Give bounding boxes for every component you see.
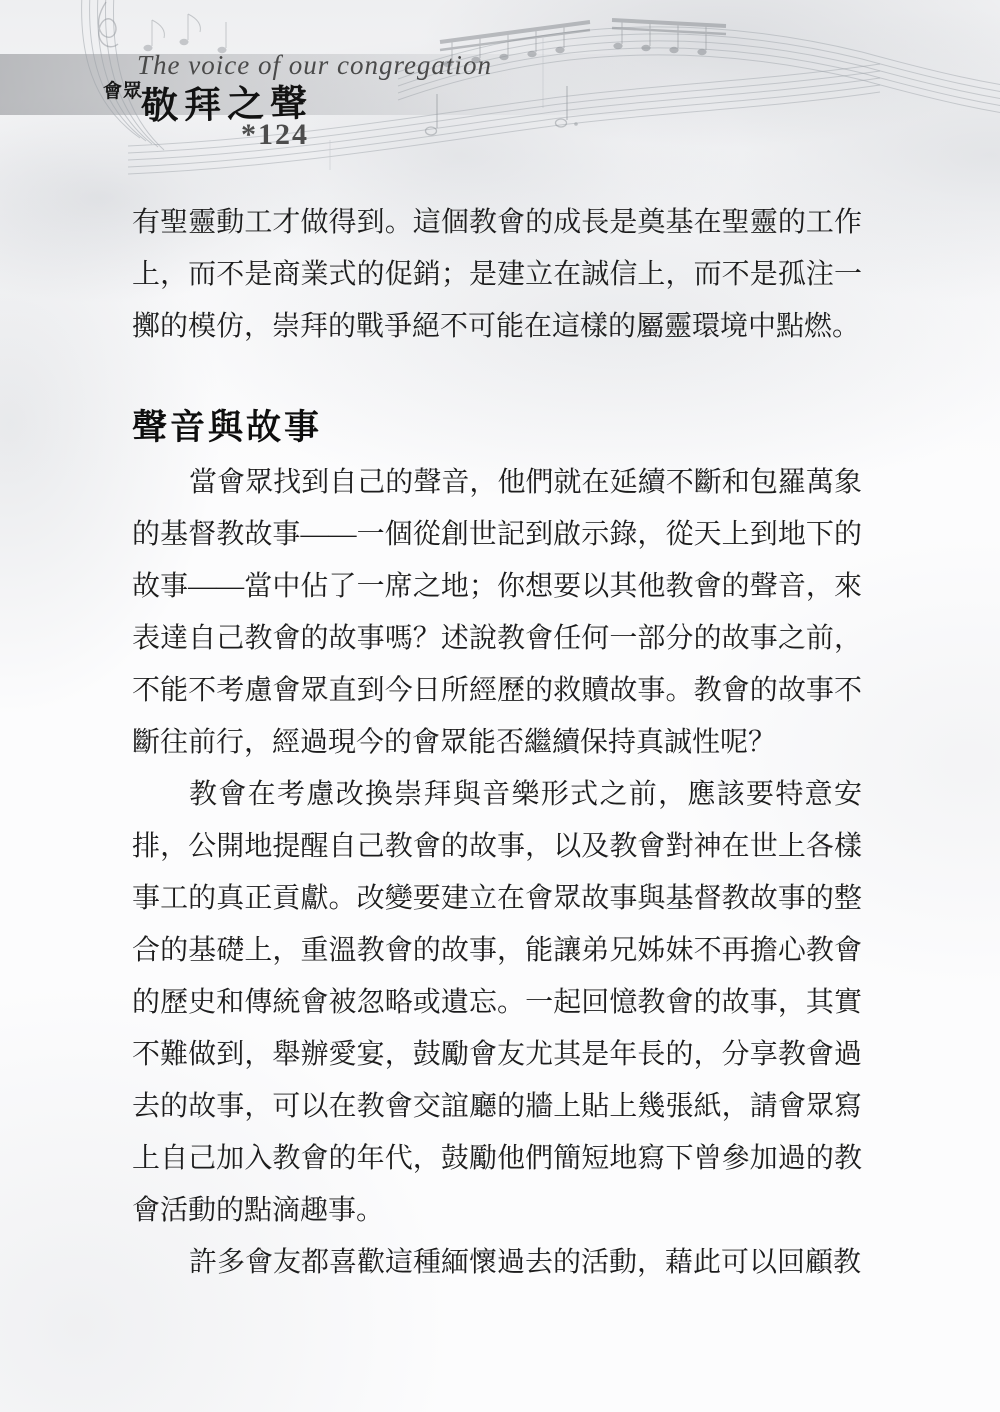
text-line: 上，而不是商業式的促銷；是建立在誠信上，而不是孤注一 xyxy=(132,249,862,301)
section-heading: 聲音與故事 xyxy=(132,406,322,450)
page-number: *124 xyxy=(241,118,309,152)
text-line: 許多會友都喜歡這種緬懷過去的活動，藉此可以回顧教 xyxy=(132,1237,862,1289)
text-line: 排，公開地提醒自己教會的故事，以及教會對神在世上各樣 xyxy=(132,821,862,873)
paragraph: 教會在考慮改換崇拜與音樂形式之前，應該要特意安 排，公開地提醒自己教會的故事，以… xyxy=(132,769,862,1237)
book-page: The voice of our congregation 會眾 敬拜之聲 *1… xyxy=(0,0,1000,1412)
text-line: 事工的真正貢獻。改變要建立在會眾故事與基督教故事的整 xyxy=(132,873,862,925)
text-line: 故事——當中佔了一席之地；你想要以其他教會的聲音，來 xyxy=(132,561,862,613)
text-line: 有聖靈動工才做得到。這個教會的成長是奠基在聖靈的工作 xyxy=(132,197,862,249)
text-line: 上自己加入教會的年代，鼓勵他們簡短地寫下曾參加過的教 xyxy=(132,1133,862,1185)
text-line: 不難做到，舉辦愛宴，鼓勵會友尤其是年長的，分享教會過 xyxy=(132,1029,862,1081)
paragraph: 有聖靈動工才做得到。這個教會的成長是奠基在聖靈的工作 上，而不是商業式的促銷；是… xyxy=(132,197,862,353)
text-line: 擲的模仿，崇拜的戰爭絕不可能在這樣的屬靈環境中點燃。 xyxy=(132,301,862,353)
book-title-prefix: 會眾 xyxy=(103,76,143,103)
text-line: 不能不考慮會眾直到今日所經歷的救贖故事。教會的故事不 xyxy=(132,665,862,717)
text-line: 的基督教故事——一個從創世記到啟示錄，從天上到地下的 xyxy=(132,509,862,561)
paragraph: 許多會友都喜歡這種緬懷過去的活動，藉此可以回顧教 xyxy=(132,1237,862,1289)
text-line: 表達自己教會的故事嗎？述說教會任何一部分的故事之前， xyxy=(132,613,862,665)
text-line: 的歷史和傳統會被忽略或遺忘。一起回憶教會的故事，其實 xyxy=(132,977,862,1029)
text-line: 斷往前行，經過現今的會眾能否繼續保持真誠性呢？ xyxy=(132,717,862,769)
text-line: 合的基礎上，重溫教會的故事，能讓弟兄姊妹不再擔心教會 xyxy=(132,925,862,977)
text-line: 會活動的點滴趣事。 xyxy=(132,1185,862,1237)
text-line: 去的故事，可以在教會交誼廳的牆上貼上幾張紙，請會眾寫 xyxy=(132,1081,862,1133)
text-line: 教會在考慮改換崇拜與音樂形式之前，應該要特意安 xyxy=(132,769,862,821)
paragraph: 當會眾找到自己的聲音，他們就在延續不斷和包羅萬象 的基督教故事——一個從創世記到… xyxy=(132,457,862,769)
text-line: 當會眾找到自己的聲音，他們就在延續不斷和包羅萬象 xyxy=(132,457,862,509)
